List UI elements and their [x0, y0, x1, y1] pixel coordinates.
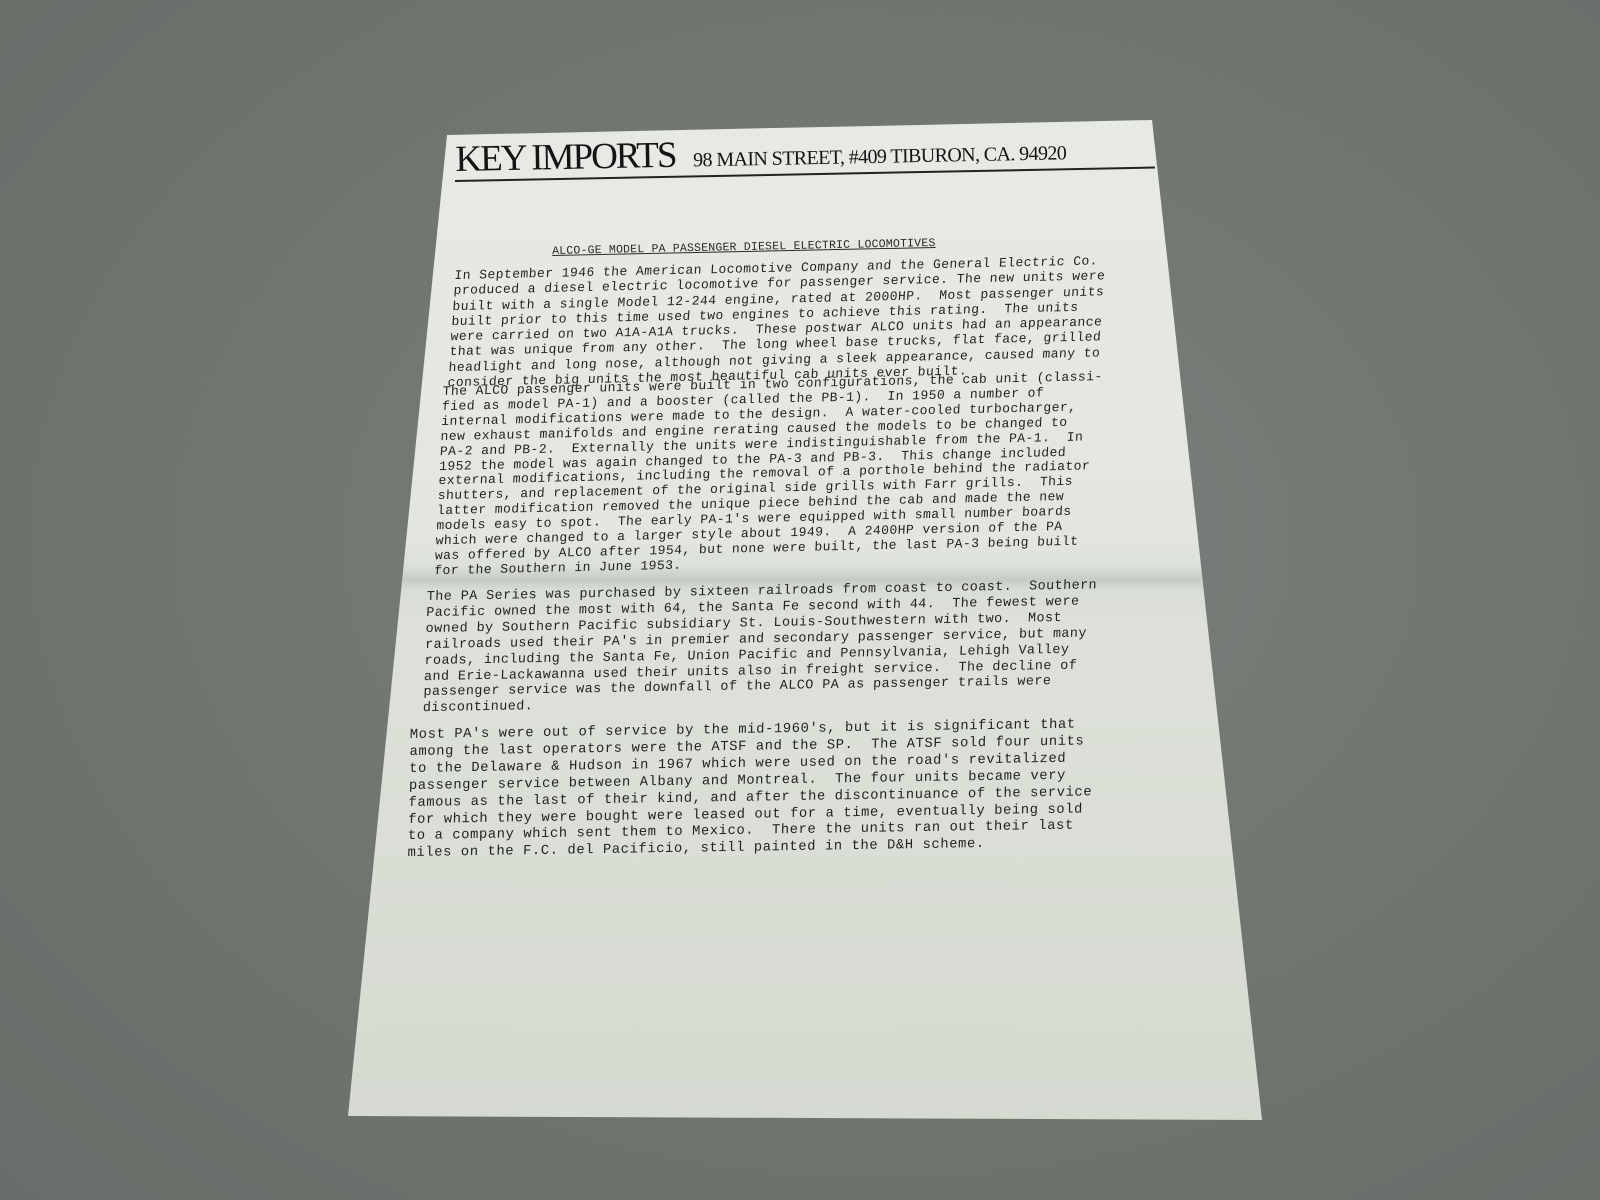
paragraph-3: The PA Series was purchased by sixteen r…: [423, 578, 1098, 717]
company-name: KEY IMPORTS: [455, 134, 676, 181]
paragraph-4: Most PA's were out of service by the mid…: [407, 717, 1093, 863]
company-address: 98 MAIN STREET, #409 TIBURON, CA. 94920: [693, 142, 1066, 172]
paragraph-1: In September 1946 the American Locomotiv…: [447, 253, 1107, 390]
paragraph-2: The ALCO passenger units were built in t…: [434, 370, 1103, 579]
